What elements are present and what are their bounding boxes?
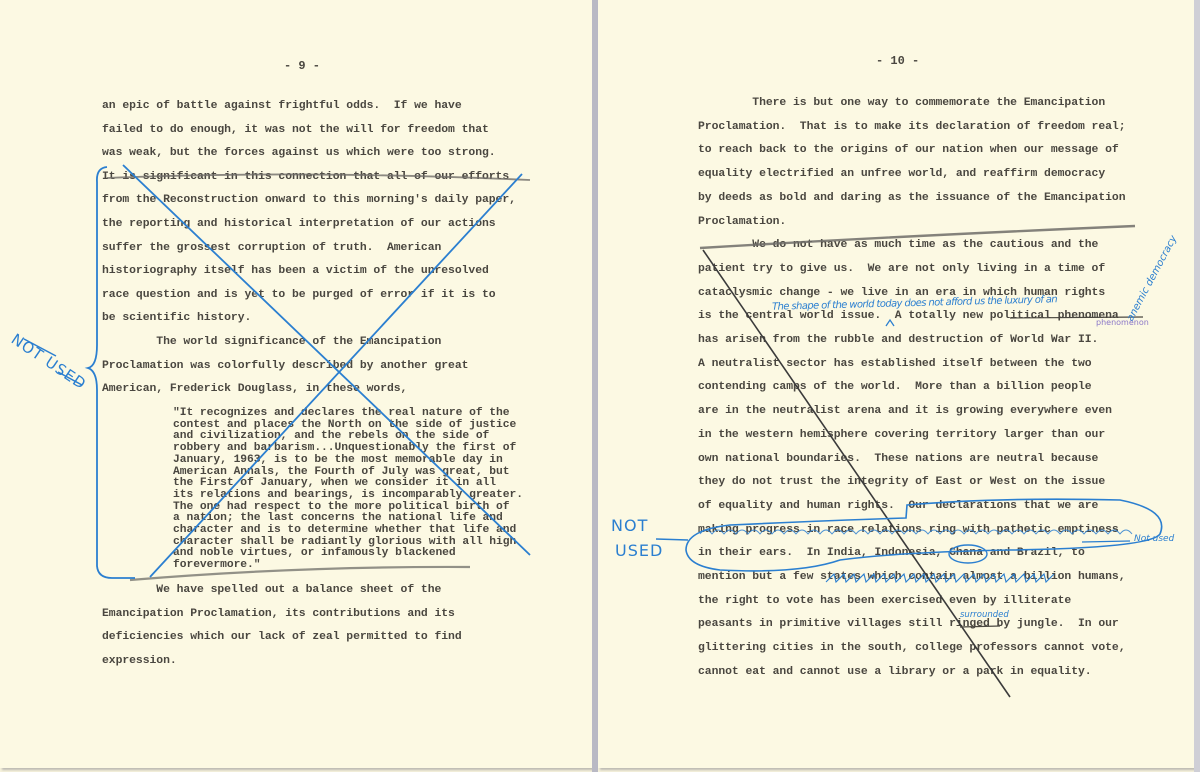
text-line: its relations and bearings, is incompara… [173,489,523,501]
text-line: contending camps of the world. More than… [698,381,1092,393]
page-number: - 10 - [876,54,919,68]
text-line: are in the neutralist arena and it is gr… [698,405,1112,417]
text-line: mention but a few states which contain a… [698,571,1126,583]
text-line: a nation; the last concerns the national… [173,512,503,524]
text-line: It is significant in this connection tha… [102,171,509,183]
text-line: expression. [102,655,177,667]
page-number: - 9 - [284,59,320,73]
text-line: deficiencies which our lack of zeal perm… [102,631,462,643]
text-line: making progress in race relations ring w… [698,524,1119,536]
text-line: We have spelled out a balance sheet of t… [102,584,441,596]
text-line: the right to vote has been exercised eve… [698,595,1071,607]
text-line: an epic of battle against frightful odds… [102,100,462,112]
text-line: robbery and barbarism...Unquestionably t… [173,442,516,454]
text-line: forevermore." [173,559,260,571]
text-line: Proclamation. That is to make its declar… [698,121,1126,133]
text-line: glittering cities in the south, college … [698,642,1126,654]
text-line: has arisen from the rubble and destructi… [698,334,1098,346]
text-line: There is but one way to commemorate the … [698,97,1105,109]
text-line: American, Frederick Douglass, in these w… [102,383,407,395]
margin-note-used: USED [615,541,663,560]
text-line: January, 1963, is to be the most memorab… [173,454,503,466]
text-line: character shall be radiantly glorious wi… [173,536,516,548]
text-line: in their ears. In India, Indonesia, Ghan… [698,547,1085,559]
text-line: from the Reconstruction onward to this m… [102,194,516,206]
page-9: - 9 - an epic of battle against frightfu… [0,0,592,768]
text-line: race question and is yet to be purged of… [102,289,496,301]
text-line: equality electrified an unfree world, an… [698,168,1105,180]
text-line: contest and places the North on the side… [173,419,516,431]
text-line: American Annals, the Fourth of July was … [173,466,509,478]
margin-note-not: NOT [611,516,648,535]
text-line: Proclamation was colorfully described by… [102,360,468,372]
text-line: and civilization, and the rebels on the … [173,430,489,442]
correction-phenomenon: phenomenon [1096,318,1149,327]
text-line: failed to do enough, it was not the will… [102,124,489,136]
text-line: they do not trust the integrity of East … [698,476,1105,488]
page-10: - 10 - There is but one way to commemora… [598,0,1194,768]
text-line: to reach back to the origins of our nati… [698,144,1119,156]
text-line: "It recognizes and declares the real nat… [173,407,509,419]
text-line: of equality and human rights. Our declar… [698,500,1098,512]
text-line: We do not have as much time as the cauti… [698,239,1098,251]
text-line: peasants in primitive villages still rin… [698,618,1119,630]
side-note-not-used: Not used [1134,534,1174,544]
text-line: patient try to give us. We are not only … [698,263,1105,275]
text-line: The world significance of the Emancipati… [102,336,441,348]
text-line: in the western hemisphere covering terri… [698,429,1105,441]
text-line: Proclamation. [698,216,786,228]
text-line: the First of January, when we consider i… [173,477,496,489]
text-line: The one had respect to the more politica… [173,501,509,513]
text-line: and noble virtues, or infamously blacken… [173,547,456,559]
text-line: Emancipation Proclamation, its contribut… [102,608,455,620]
text-line: be scientific history. [102,312,251,324]
text-line: is the central world issue. A totally ne… [698,310,1119,322]
text-line: the reporting and historical interpretat… [102,218,496,230]
text-line: A neutralist sector has established itse… [698,358,1092,370]
page-edge [1194,0,1200,772]
text-line: cannot eat and cannot use a library or a… [698,666,1092,678]
text-line: by deeds as bold and daring as the issua… [698,192,1126,204]
correction-surrounded: surrounded [960,610,1009,620]
text-line: own national boundaries. These nations a… [698,453,1098,465]
text-line: character and is to determine whether th… [173,524,516,536]
text-line: historiography itself has been a victim … [102,265,489,277]
text-line: suffer the grossest corruption of truth.… [102,242,441,254]
text-line: was weak, but the forces against us whic… [102,147,496,159]
